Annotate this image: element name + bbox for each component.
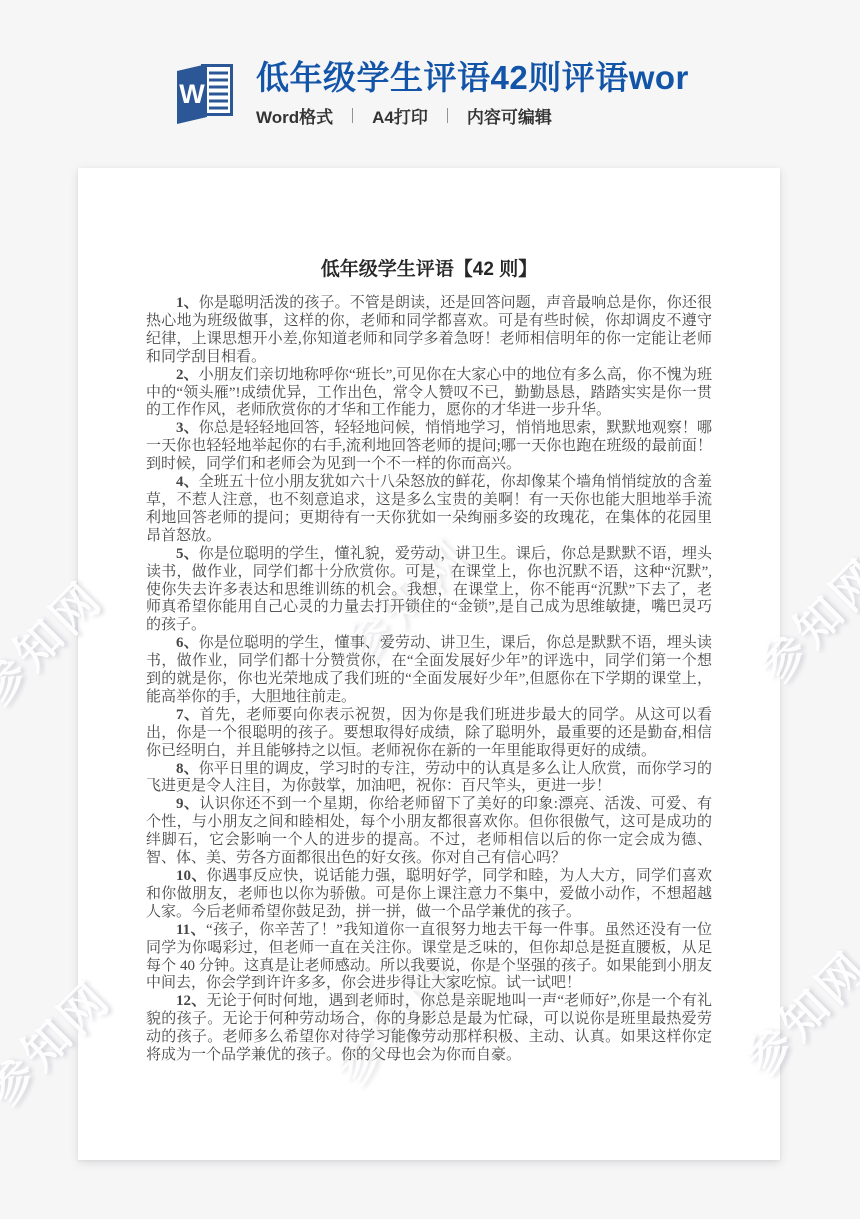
paragraph: 7、首先，老师要向你表示祝贺，因为你是我们班进步最大的同学。从这可以看出，你是一…: [146, 707, 712, 761]
document-page: 低年级学生评语【42 则】 1、你是聪明活泼的孩子。不管是朗读，还是回答问题，声…: [78, 168, 780, 1160]
paragraph: 4、全班五十位小朋友犹如六十八朵怒放的鲜花，你却像某个墙角悄悄绽放的含羞草，不惹…: [146, 474, 712, 546]
paragraph-number: 3、: [176, 420, 199, 436]
paragraph-text: 认识你还不到一个星期，你给老师留下了美好的印象:漂亮、活泼、可爱、有个性，与小朋…: [146, 796, 712, 866]
doc-header: W 低年级学生评语42则评语wor Word格式 ｜ A4打印 ｜ 内容可编辑: [172, 58, 689, 128]
paragraph: 10、你遇事反应快，说话能力强，聪明好学，同学和睦，为人大方，同学们喜欢和你做朋…: [146, 868, 712, 922]
paragraph-text: 无论于何时何地，遇到老师时，你总是亲昵地叫一声“老师好”,你是一个有礼貌的孩子。…: [146, 993, 712, 1063]
paragraph-number: 1、: [176, 295, 199, 311]
print-label: A4打印: [372, 103, 428, 128]
paragraph-number: 7、: [176, 707, 200, 723]
format-label: Word格式: [256, 103, 333, 128]
doc-meta-line: Word格式 ｜ A4打印 ｜ 内容可编辑: [256, 103, 689, 128]
paragraph: 9、认识你还不到一个星期，你给老师留下了美好的印象:漂亮、活泼、可爱、有个性，与…: [146, 796, 712, 868]
paragraph-text: 你总是轻轻地回答，轻轻地问候，悄悄地学习，悄悄地思索，默默地观察！哪一天你也轻轻…: [146, 420, 712, 472]
paragraph: 11、“孩子，你辛苦了！”我知道你一直很努力地去干每一件事。虽然还没有一位同学为…: [146, 922, 712, 994]
paragraph-text: 你遇事反应快，说话能力强，聪明好学，同学和睦，为人大方，同学们喜欢和你做朋友，老…: [146, 868, 712, 920]
paragraph-list: 1、你是聪明活泼的孩子。不管是朗读，还是回答问题，声音最响总是你，你还很热心地为…: [146, 295, 712, 1065]
document-content: 低年级学生评语【42 则】 1、你是聪明活泼的孩子。不管是朗读，还是回答问题，声…: [78, 168, 780, 1065]
paragraph-text: 你是位聪明的学生，懂礼貌，爱劳动，讲卫生。课后，你总是默默不语，埋头读书，做作业…: [146, 546, 712, 634]
paragraph-text: 你是聪明活泼的孩子。不管是朗读，还是回答问题，声音最响总是你，你还很热心地为班级…: [146, 295, 712, 365]
paragraph-number: 2、: [176, 367, 199, 383]
paragraph: 12、无论于何时何地，遇到老师时，你总是亲昵地叫一声“老师好”,你是一个有礼貌的…: [146, 993, 712, 1065]
paragraph-number: 4、: [176, 474, 199, 490]
paragraph-text: 首先，老师要向你表示祝贺，因为你是我们班进步最大的同学。从这可以看出，你是一个很…: [146, 707, 712, 759]
paragraph: 1、你是聪明活泼的孩子。不管是朗读，还是回答问题，声音最响总是你，你还很热心地为…: [146, 295, 712, 367]
separator-bar: ｜: [440, 105, 455, 126]
editable-label: 内容可编辑: [467, 103, 552, 128]
paragraph-number: 9、: [176, 796, 199, 812]
page-title: 低年级学生评语42则评语wor: [256, 58, 689, 98]
paragraph-text: 全班五十位小朋友犹如六十八朵怒放的鲜花，你却像某个墙角悄悄绽放的含羞草，不惹人注…: [146, 474, 712, 544]
paragraph-number: 12、: [176, 993, 207, 1009]
paragraph-text: 你平日里的调皮，学习时的专注，劳动中的认真是多么让人欣赏，而你学习的飞进更是令人…: [146, 761, 712, 795]
page: W 低年级学生评语42则评语wor Word格式 ｜ A4打印 ｜ 内容可编辑 …: [0, 0, 860, 1219]
paragraph: 8、你平日里的调皮，学习时的专注，劳动中的认真是多么让人欣赏，而你学习的飞进更是…: [146, 761, 712, 797]
document-title: 低年级学生评语【42 则】: [146, 254, 712, 281]
paragraph-text: 小朋友们亲切地称呼你“班长”,可见你在大家心中的地位有多么高，你不愧为班中的“领…: [146, 367, 712, 419]
paragraph-text: “孩子，你辛苦了！”我知道你一直很努力地去干每一件事。虽然还没有一位同学为你喝彩…: [146, 922, 712, 992]
paragraph: 6、你是位聪明的学生，懂事、爱劳动、讲卫生，课后，你总是默默不语，埋头读书，做作…: [146, 635, 712, 707]
paragraph-number: 5、: [176, 546, 199, 562]
separator-bar: ｜: [345, 105, 360, 126]
paragraph-number: 10、: [176, 868, 207, 884]
paragraph-text: 你是位聪明的学生，懂事、爱劳动、讲卫生，课后，你总是默默不语，埋头读书，做作业，…: [146, 635, 712, 705]
paragraph: 3、你总是轻轻地回答，轻轻地问候，悄悄地学习，悄悄地思索，默默地观察！哪一天你也…: [146, 420, 712, 474]
word-letter: W: [179, 79, 205, 109]
paragraph: 2、小朋友们亲切地称呼你“班长”,可见你在大家心中的地位有多么高，你不愧为班中的…: [146, 367, 712, 421]
paragraph: 5、你是位聪明的学生，懂礼貌，爱劳动，讲卫生。课后，你总是默默不语，埋头读书，做…: [146, 546, 712, 636]
header-text: 低年级学生评语42则评语wor Word格式 ｜ A4打印 ｜ 内容可编辑: [256, 58, 689, 128]
paragraph-number: 11、: [176, 922, 206, 938]
paragraph-number: 8、: [176, 761, 199, 777]
paragraph-number: 6、: [176, 635, 199, 651]
word-file-icon: W: [172, 60, 236, 126]
